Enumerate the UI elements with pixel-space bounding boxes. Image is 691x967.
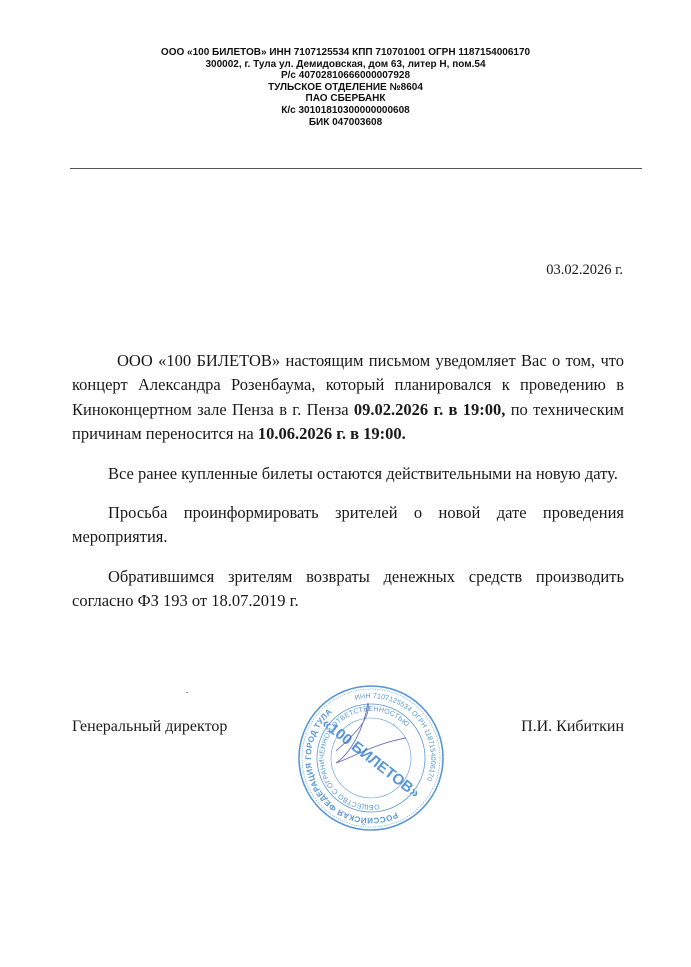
letterhead-corr-account-line: К/с 30101810300000000608 [0,105,691,117]
new-date: 10.06.2026 г. в 19:00. [258,424,406,443]
paragraph-announcement: ООО «100 БИЛЕТОВ» настоящим письмом увед… [72,349,624,447]
letterhead: ООО «100 БИЛЕТОВ» ИНН 7107125534 КПП 710… [0,47,691,128]
signatory-title: Генеральный директор [72,718,227,736]
paragraph-tickets-valid: Все ранее купленные билеты остаются дейс… [72,462,624,486]
letterhead-company-line: ООО «100 БИЛЕТОВ» ИНН 7107125534 КПП 710… [0,47,691,59]
letterhead-account-line: Р/с 40702810666000007928 [0,70,691,82]
header-divider [70,168,642,169]
letter-date: 03.02.2026 г. [546,262,623,279]
letter-body: ООО «100 БИЛЕТОВ» настоящим письмом увед… [72,349,624,629]
letterhead-branch-line: ТУЛЬСКОЕ ОТДЕЛЕНИЕ №8604 [0,82,691,94]
letterhead-bik-line: БИК 047003608 [0,117,691,129]
paragraph-inform-request: Просьба проинформировать зрителей о ново… [72,501,624,550]
paragraph-refunds: Обратившимся зрителям возвраты денежных … [72,565,624,614]
original-date: 09.02.2026 г. в 19:00, [354,400,506,419]
signatory-name: П.И. Кибиткин [521,718,624,736]
company-seal-stamp-icon: РОССИЙСКАЯ ФЕДЕРАЦИЯ ГОРОД ТУЛА ОБЩЕСТВО… [296,683,446,833]
letterhead-bank-line: ПАО СБЕРБАНК [0,93,691,105]
letterhead-address-line: 300002, г. Тула ул. Демидовская, дом 63,… [0,59,691,71]
scan-speck [186,692,188,693]
